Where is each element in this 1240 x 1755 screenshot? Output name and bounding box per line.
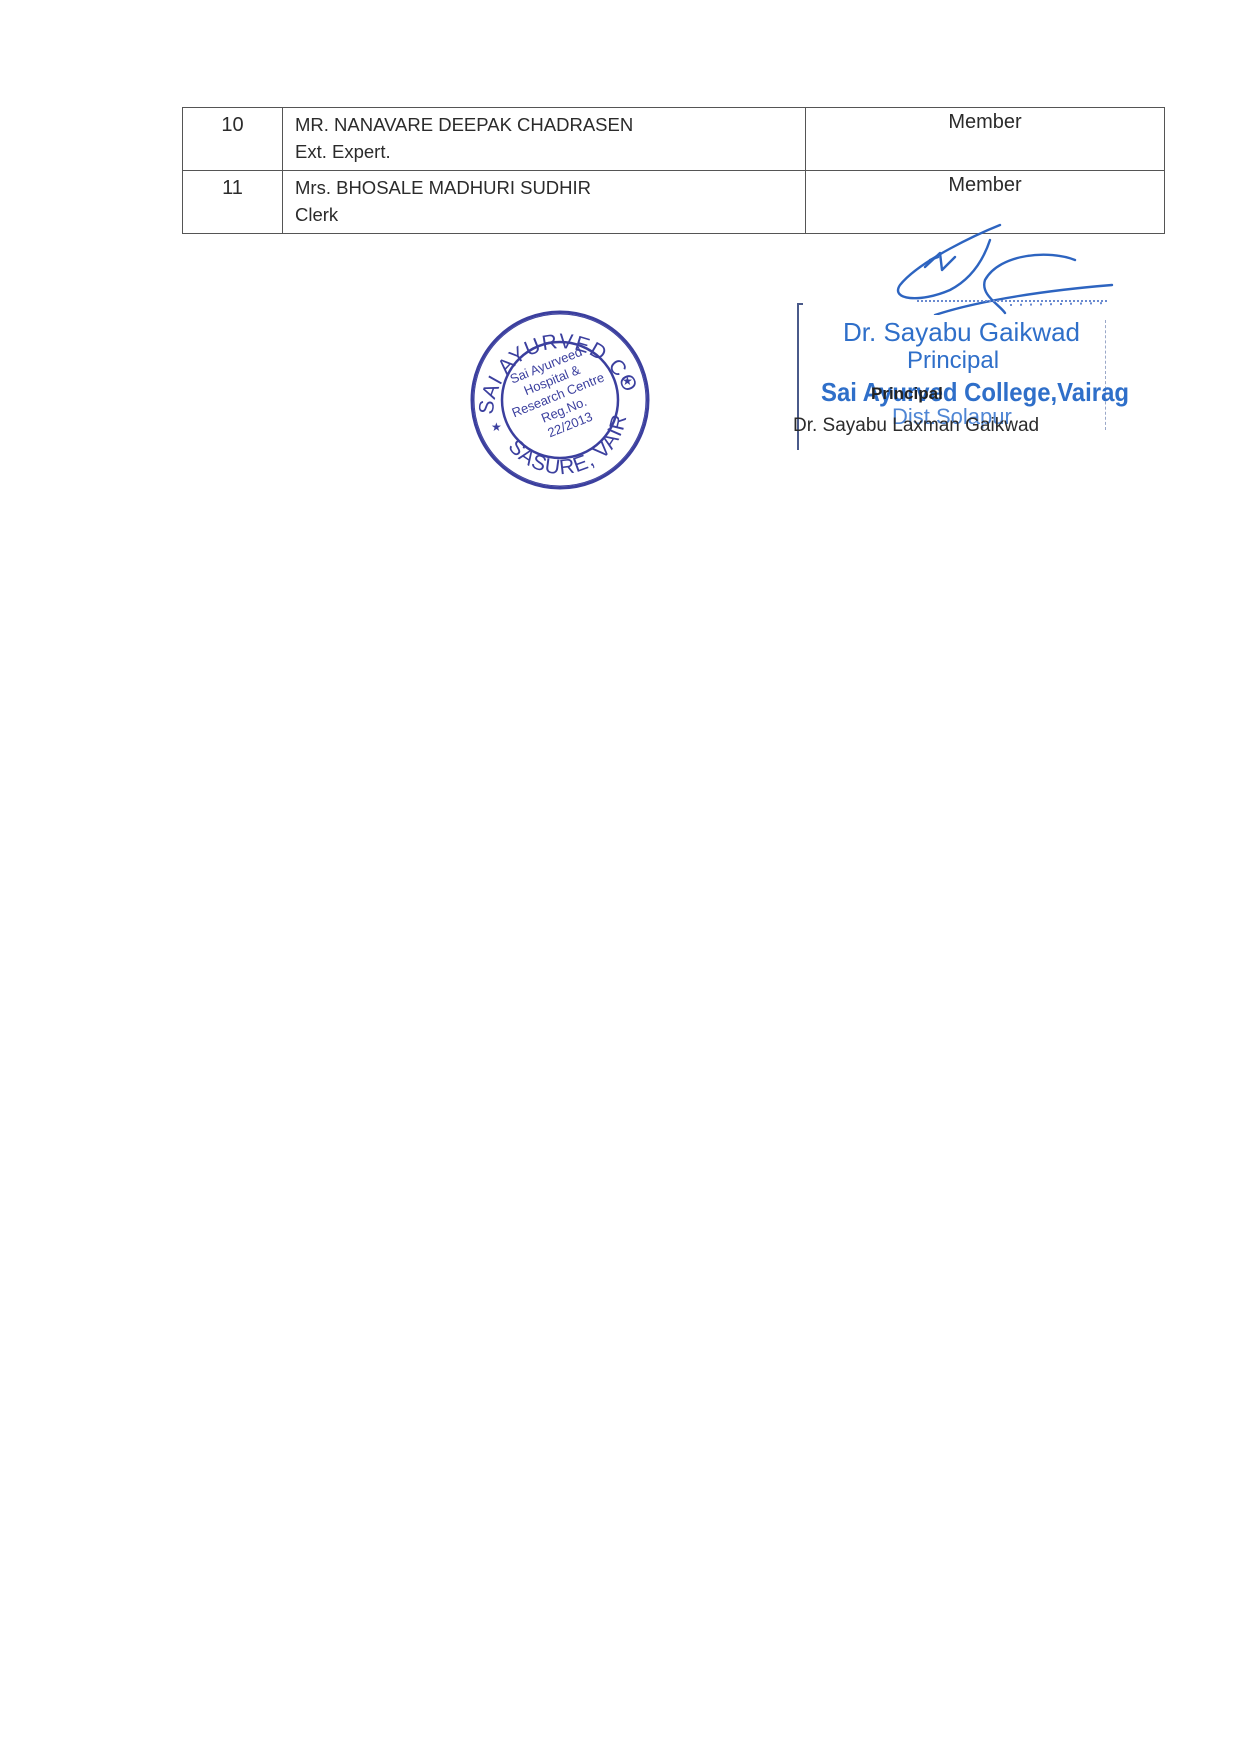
stamp-principal-name: Dr. Sayabu Gaikwad [843, 317, 1080, 348]
stamp-border [917, 300, 1107, 302]
serial-number: 10 [183, 108, 283, 171]
member-name: Mrs. BHOSALE MADHURI SUDHIR [295, 174, 805, 201]
member-role: Member [806, 108, 1165, 171]
typed-signatory-title: Principal [871, 384, 943, 404]
seal-star-icon: ★ [622, 374, 633, 388]
member-cell: MR. NANAVARE DEEPAK CHADRASEN Ext. Exper… [283, 108, 806, 171]
table-row: 10 MR. NANAVARE DEEPAK CHADRASEN Ext. Ex… [183, 108, 1165, 171]
member-name: MR. NANAVARE DEEPAK CHADRASEN [295, 111, 805, 138]
member-designation: Clerk [295, 201, 805, 228]
serial-number: 11 [183, 171, 283, 234]
principal-stamp: Dr. Sayabu Gaikwad Principal Sai Ayurved… [797, 300, 1109, 450]
typed-signatory-name: Dr. Sayabu Laxman Gaikwad [793, 415, 1039, 437]
stamp-border [1105, 320, 1106, 430]
college-seal-stamp: SAI AYURVED COLLEGE SASURE, VAIRAG ★ ★ S… [465, 305, 655, 495]
stamp-border [797, 303, 803, 305]
document-page: 10 MR. NANAVARE DEEPAK CHADRASEN Ext. Ex… [0, 0, 1240, 1755]
seal-star-icon: ★ [491, 420, 502, 434]
member-cell: Mrs. BHOSALE MADHURI SUDHIR Clerk [283, 171, 806, 234]
stamp-principal-title: Principal [907, 347, 999, 375]
member-designation: Ext. Expert. [295, 138, 805, 165]
